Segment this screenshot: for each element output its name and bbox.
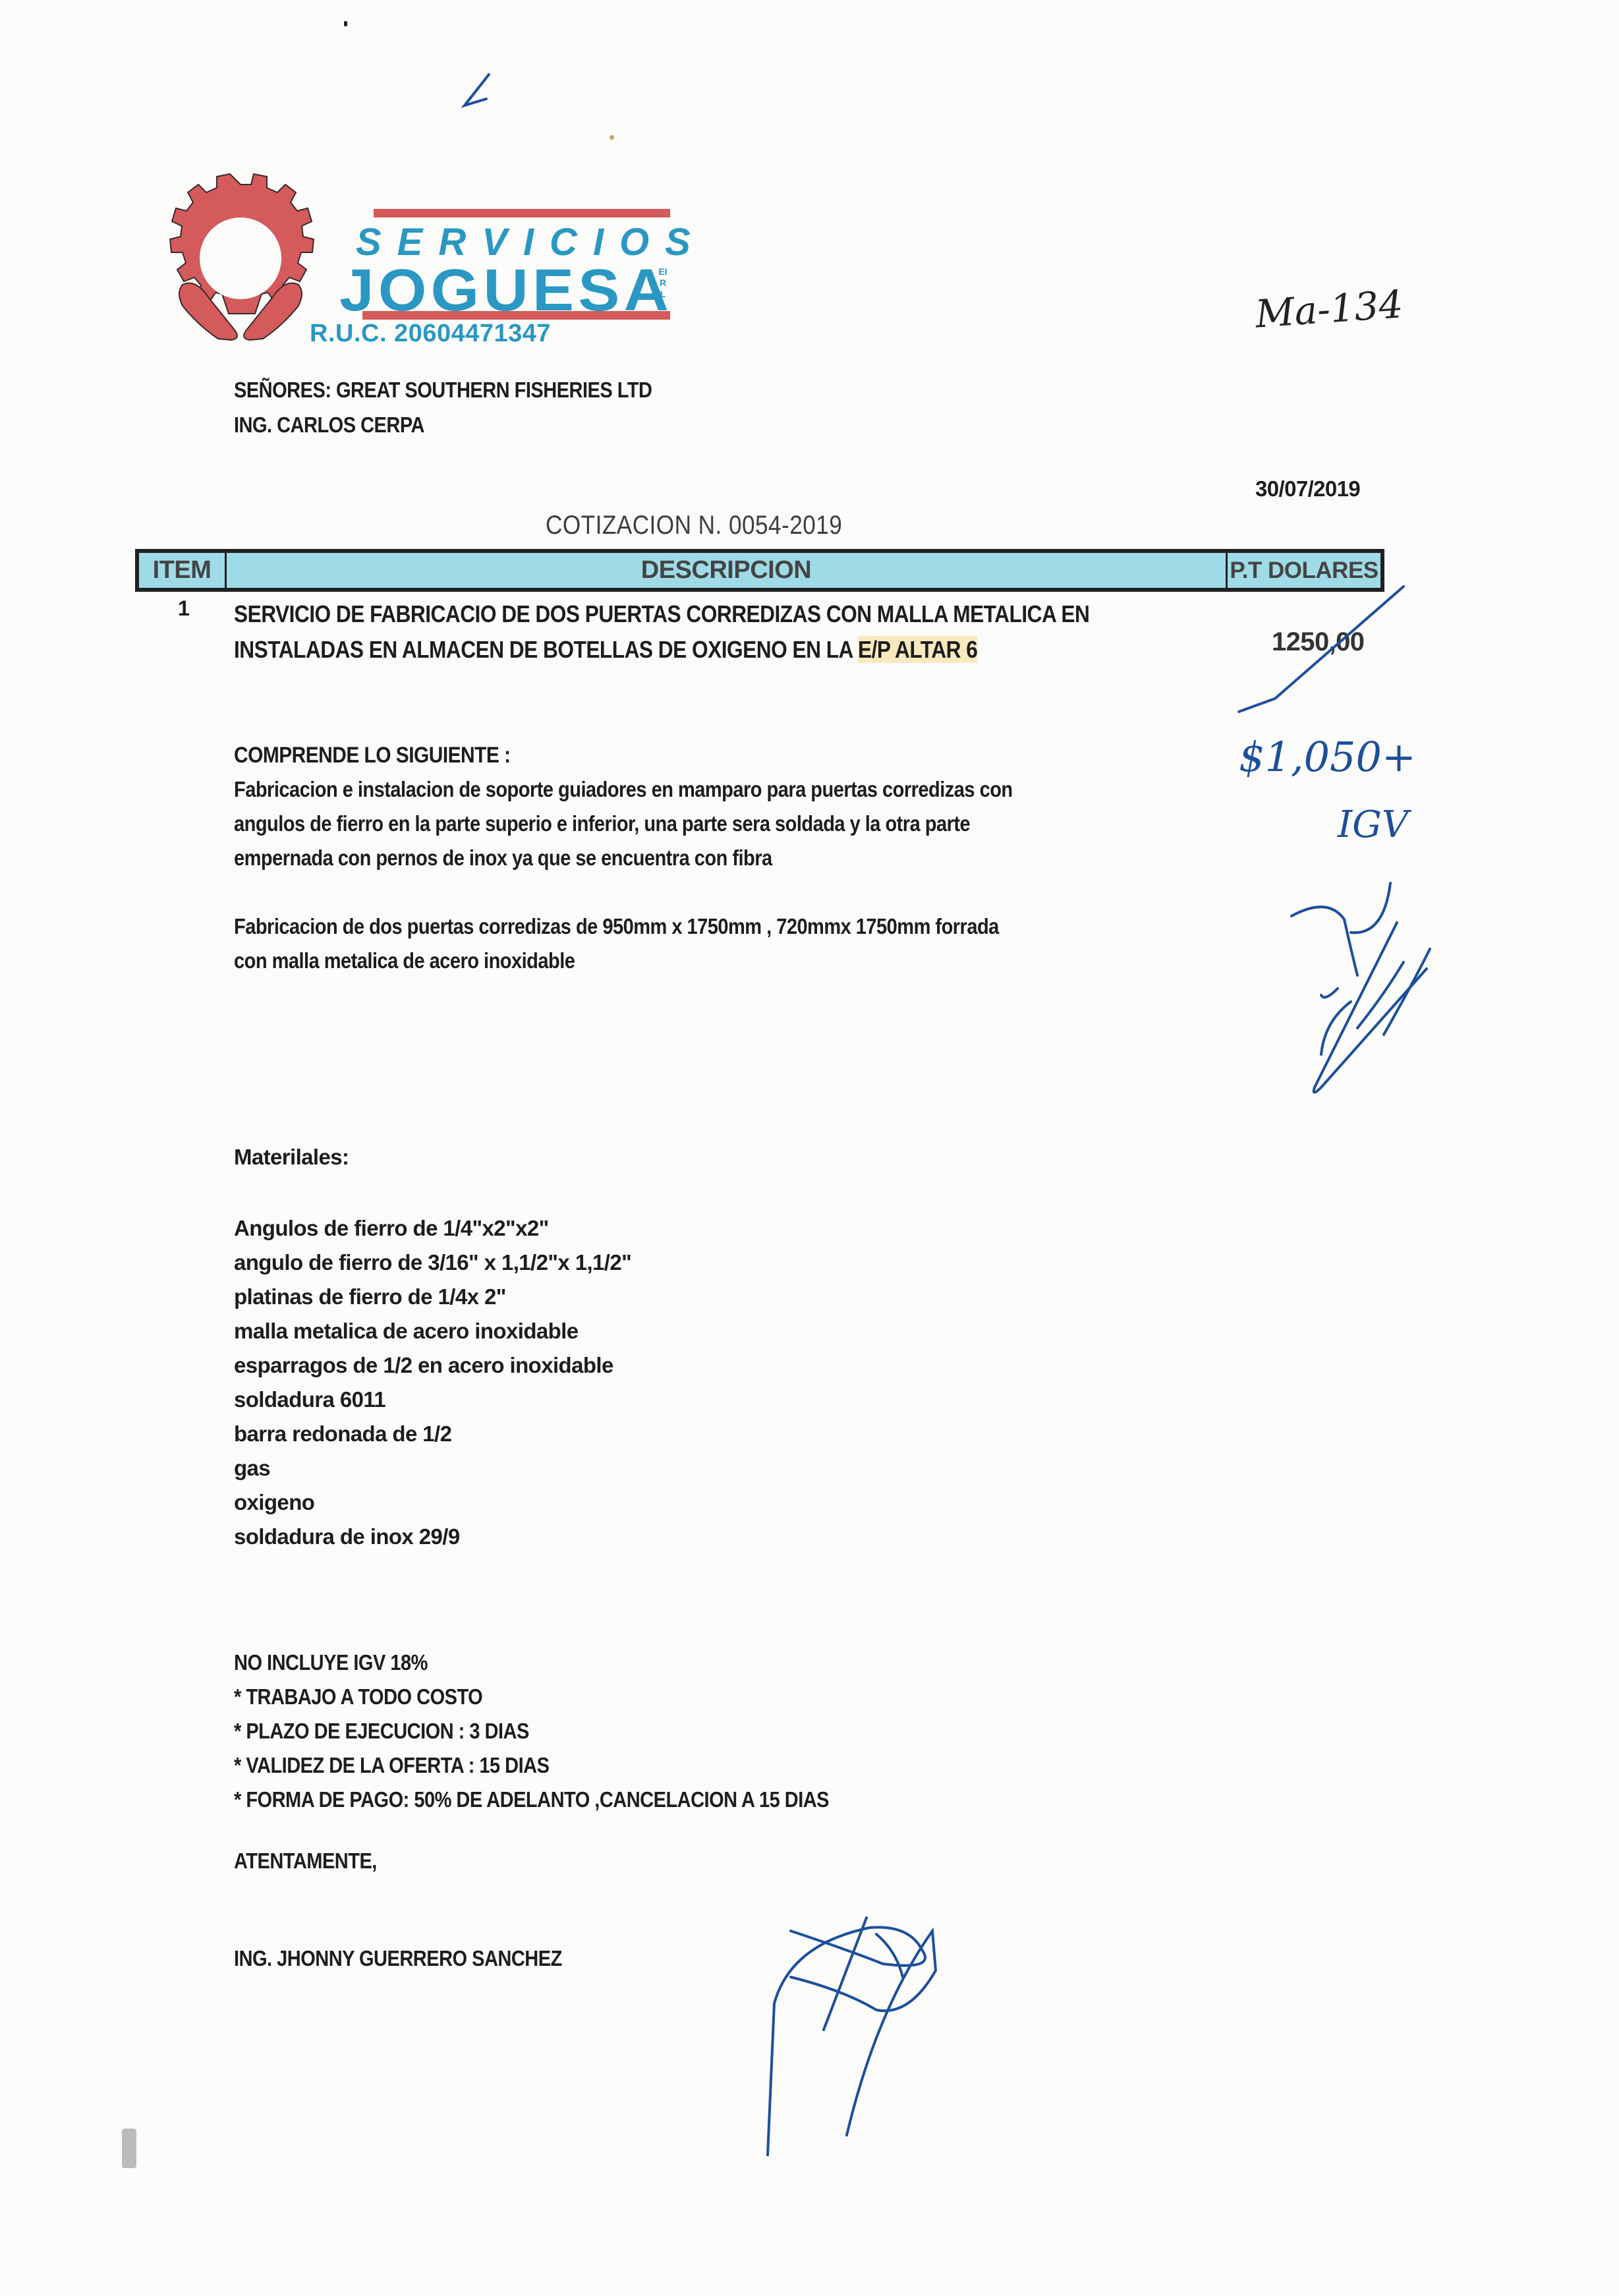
addressee-block: SEÑORES: GREAT SOUTHERN FISHERIES LTD IN… — [234, 372, 652, 442]
description-line-1: SERVICIO DE FABRICACIO DE DOS PUERTAS CO… — [234, 596, 1089, 632]
material-item: barra redonada de 1/2 — [234, 1417, 631, 1451]
scope-paragraph-2: Fabricacion de dos puertas corredizas de… — [234, 909, 1013, 978]
approval-signature-name-strokes — [1321, 949, 1430, 1054]
addressee-contact: ING. CARLOS CERPA — [234, 407, 652, 442]
table-row-description: SERVICIO DE FABRICACIO DE DOS PUERTAS CO… — [234, 596, 1089, 668]
igv-handwritten: IGV — [1337, 803, 1412, 846]
scope-section: COMPRENDE LO SIGUIENTE : Fabricacion e i… — [234, 738, 1013, 978]
material-item: soldadura 6011 — [234, 1383, 631, 1417]
company-ruc: R.U.C. 20604471347 — [310, 320, 551, 348]
signatory-name: ING. JHONNY GUERRERO SANCHEZ — [234, 1946, 562, 1971]
highlighted-vessel-name: E/P ALTAR 6 — [858, 636, 977, 663]
scope-heading: COMPRENDE LO SIGUIENTE : — [234, 738, 1013, 772]
logo-word-joguesa: JOGUESA — [339, 257, 673, 325]
approval-signature — [1292, 883, 1427, 1093]
term-item: * TRABAJO A TODO COSTO — [234, 1680, 829, 1714]
materials-heading: Materilales: — [234, 1140, 349, 1174]
material-item: platinas de fierro de 1/4x 2" — [234, 1280, 631, 1314]
check-mark-icon — [465, 74, 489, 105]
materials-list: Angulos de fierro de 1/4"x2"x2"angulo de… — [234, 1211, 631, 1554]
term-item: * FORMA DE PAGO: 50% DE ADELANTO ,CANCEL… — [234, 1783, 829, 1817]
table-row-price: 1250,00 — [1272, 627, 1364, 657]
logo-suffix-eirl: EIRL — [658, 266, 668, 300]
term-item: * VALIDEZ DE LA OFERTA : 15 DIAS — [234, 1748, 829, 1783]
material-item: oxigeno — [234, 1485, 631, 1520]
company-logo: SERVICIOS JOGUESA EIRL R.U.C. 2060447134… — [142, 173, 682, 351]
material-item: Angulos de fierro de 1/4"x2"x2" — [234, 1211, 631, 1246]
handwritten-reference: Ma-134 — [1254, 281, 1404, 336]
closing-salutation: ATENTAMENTE, — [234, 1849, 377, 1874]
column-header-description: DESCRIPCION — [227, 553, 1228, 588]
column-header-price: P.T DOLARES — [1228, 553, 1380, 588]
material-item: gas — [234, 1451, 631, 1485]
quote-title: COTIZACION N. 0054-2019 — [546, 511, 842, 540]
material-item: angulo de fierro de 3/16" x 1,1/2"x 1,1/… — [234, 1246, 631, 1280]
column-header-item: ITEM — [139, 553, 227, 588]
scope-paragraph-1: Fabricacion e instalacion de soporte gui… — [234, 772, 1013, 875]
table-row-item-number: 1 — [178, 596, 189, 621]
term-item: * PLAZO DE EJECUCION : 3 DIAS — [234, 1714, 829, 1748]
corrected-price-handwritten: $1,050+ — [1239, 733, 1416, 781]
scan-speck — [344, 21, 347, 26]
material-item: esparragos de 1/2 en acero inoxidable — [234, 1348, 631, 1383]
logo-bar-top — [374, 209, 670, 217]
addressee-company: SEÑORES: GREAT SOUTHERN FISHERIES LTD — [234, 372, 652, 407]
terms-section: NO INCLUYE IGV 18% * TRABAJO A TODO COST… — [234, 1646, 829, 1817]
description-line-2: INSTALADAS EN ALMACEN DE BOTELLAS DE OXI… — [234, 632, 1089, 668]
tax-note: NO INCLUYE IGV 18% — [234, 1646, 829, 1680]
table-header: ITEM DESCRIPCION P.T DOLARES — [135, 549, 1384, 592]
signatory-signature — [768, 1918, 936, 2155]
material-item: malla metalica de acero inoxidable — [234, 1314, 631, 1348]
scan-speck — [122, 2129, 136, 2168]
material-item: soldadura de inox 29/9 — [234, 1520, 631, 1554]
document-date: 30/07/2019 — [1255, 476, 1360, 502]
scan-speck — [610, 135, 614, 140]
